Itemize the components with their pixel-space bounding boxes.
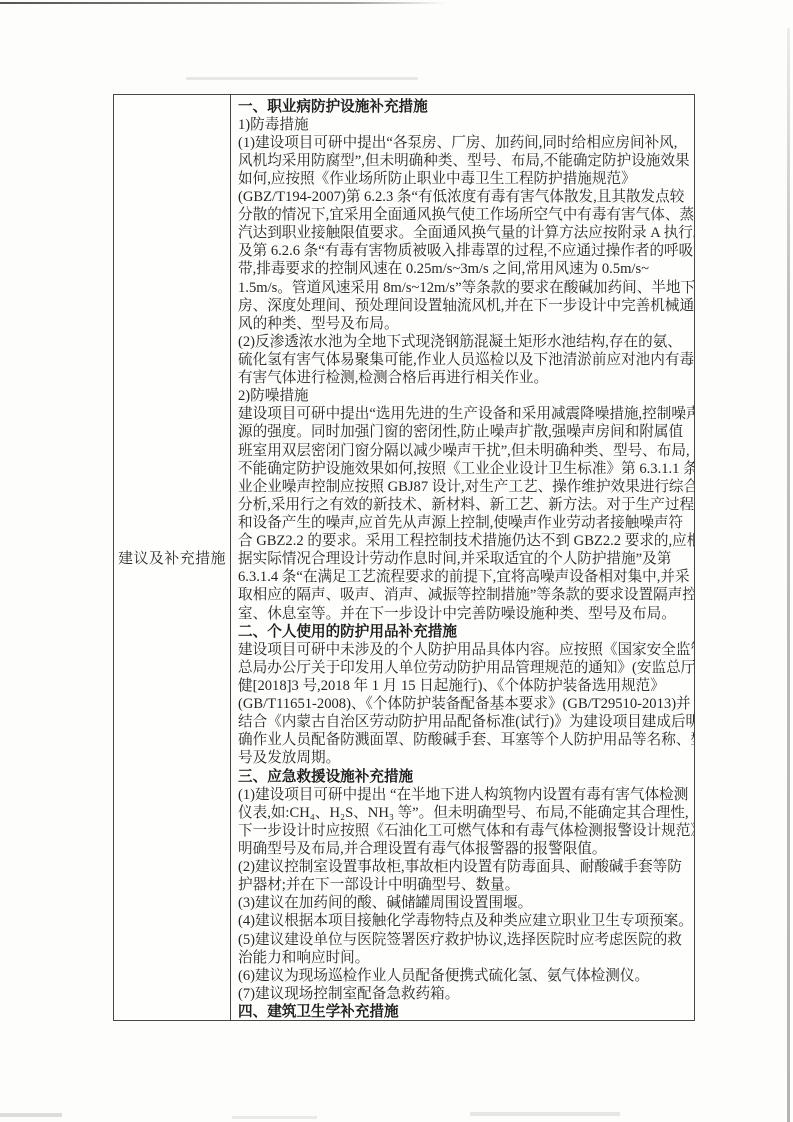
text-line: 健[2018]3 号,2018 年 1 月 15 日起施行)、《个体防护装备选用… bbox=[238, 677, 691, 695]
text-line: 护器材;并在下一部设计中明确型号、数量。 bbox=[238, 876, 691, 894]
text-line: 和设备产生的噪声,应首先从声源上控制,使噪声作业劳动者接触噪声符 bbox=[238, 514, 691, 532]
text-line: (2)建议控制室设置事故柜,事故柜内设置有防毒面具、耐酸碱手套等防 bbox=[238, 858, 691, 876]
text-line: (6)建议为现场巡检作业人员配备便携式硫化氢、氨气体检测仪。 bbox=[238, 967, 691, 985]
text-line: 建设项目可研中提出“选用先进的生产设备和采用减震降噪措施,控制噪声 bbox=[238, 405, 691, 423]
text-line: 1)防毒措施 bbox=[238, 116, 691, 134]
text-line: 结合《内蒙古自治区劳动防护用品配备标准(试行)》为建设项目建成后明 bbox=[238, 713, 691, 731]
text-line: (2)反渗透浓水池为全地下式现浇钢筋混凝土矩形水池结构,存在的氨、 bbox=[238, 333, 691, 351]
scan-artifact-smudge bbox=[0, 1113, 62, 1117]
text-line: 房、深度处理间、预处理间设置轴流风机,并在下一步设计中完善机械通 bbox=[238, 297, 691, 315]
text-line: 带,排毒要求的控制风速在 0.25m/s~3m/s 之间,常用风速为 0.5m/… bbox=[238, 260, 691, 278]
text-line: 治能力和响应时间。 bbox=[238, 949, 691, 967]
text-line: 风的种类、型号及布局。 bbox=[238, 315, 691, 333]
scan-artifact-page-edge bbox=[787, 28, 790, 1122]
text-line: (7)建议现场控制室配备急救药箱。 bbox=[238, 985, 691, 1003]
content-cell: 一、职业病防护设施补充措施1)防毒措施(1)建设项目可研中提出“各泵房、厂房、加… bbox=[231, 95, 694, 1020]
text-line: 及第 6.2.6 条“有毒有害物质被吸入排毒罩的过程,不应通过操作者的呼吸 bbox=[238, 242, 691, 260]
text-line: 汽达到职业接触限值要求。全面通风换气量的计算方法应按附录 A 执行。” bbox=[238, 224, 691, 242]
text-line: (3)建议在加药间的酸、碱储罐周围设置围堰。 bbox=[238, 894, 691, 912]
measures-table: 建议及补充措施 一、职业病防护设施补充措施1)防毒措施(1)建设项目可研中提出“… bbox=[113, 94, 695, 1021]
text-line: (5)建议建设单位与医院签署医疗救护协议,选择医院时应考虑医院的救 bbox=[238, 931, 691, 949]
text-line: 合 GBZ2.2 的要求。采用工程控制技术措施仍达不到 GBZ2.2 要求的,应… bbox=[238, 532, 691, 550]
text-line: 有害气体进行检测,检测合格后再进行相关作业。 bbox=[238, 369, 691, 387]
text-line: (4)建议根据本项目接触化学毒物特点及种类应建立职业卫生专项预案。 bbox=[238, 912, 691, 930]
text-line: 据实际情况合理设计劳动作息时间,并采取适宜的个人防护措施”及第 bbox=[238, 550, 691, 568]
text-line: 风机均采用防腐型”,但未明确种类、型号、布局,不能确定防护设施效果 bbox=[238, 152, 691, 170]
section-heading: 三、应急救援设施补充措施 bbox=[238, 768, 691, 786]
scan-artifact-smudge bbox=[232, 1116, 317, 1119]
text-line: 不能确定防护设施效果如何,按照《工业企业设计卫生标准》第 6.3.1.1 条“工 bbox=[238, 460, 691, 478]
text-line: 硫化氢有害气体易聚集可能,作业人员巡检以及下池清淤前应对池内有毒 bbox=[238, 351, 691, 369]
text-line: 1.5m/s。管道风速采用 8m/s~12m/s”等条款的要求在酸碱加药间、半地… bbox=[238, 279, 691, 297]
text-line: 业企业噪声控制应按照 GBJ87 设计,对生产工艺、操作维护效果进行综合 bbox=[238, 478, 691, 496]
text-line: (1)建设项目可研中提出 “在半地下进人构筑物内设置有毒有害气体检测 bbox=[238, 786, 691, 804]
text-line: 总局办公厅关于印发用人单位劳动防护用品管理规范的通知》(安监总厅安 bbox=[238, 659, 691, 677]
text-line: 如何,应按照《作业场所防止职业中毒卫生工程防护措施规范》 bbox=[238, 170, 691, 188]
text-line: 分析,采用行之有效的新技术、新材料、新工艺、新方法。对于生产过程 bbox=[238, 496, 691, 514]
text-line: 室、休息室等。并在下一步设计中完善防噪设施种类、型号及布局。 bbox=[238, 605, 691, 623]
scan-artifact-top-line bbox=[0, 2, 446, 4]
text-line: (1)建设项目可研中提出“各泵房、厂房、加药间,同时给相应房间补风, bbox=[238, 134, 691, 152]
text-line: 6.3.1.4 条“在满足工艺流程要求的前提下,宜将高噪声设备相对集中,并采 bbox=[238, 568, 691, 586]
section-heading: 四、建筑卫生学补充措施 bbox=[238, 1003, 691, 1020]
text-line: 明确型号及布局,并合理设置有毒气体报警器的报警限值。 bbox=[238, 840, 691, 858]
row-header-cell: 建议及补充措施 bbox=[114, 95, 231, 1020]
text-line: 分散的情况下,宜采用全面通风换气使工作场所空气中有毒有害气体、蒸 bbox=[238, 206, 691, 224]
text-line: (GB/T11651-2008)、《个体防护装备配备基本要求》(GB/T2951… bbox=[238, 695, 691, 713]
text-line: (GBZ/T194-2007)第 6.2.3 条“有低浓度有毒有害气体散发,且其… bbox=[238, 188, 691, 206]
scan-artifact-smudge bbox=[186, 77, 418, 80]
row-header-label: 建议及补充措施 bbox=[118, 547, 226, 568]
text-line: 班室用双层密闭门窗分隔以减少噪声干扰”,但未明确种类、型号、布局, bbox=[238, 442, 691, 460]
text-line: 号及发放周期。 bbox=[238, 749, 691, 767]
text-line: 下一步设计时应按照《石油化工可燃气体和有毒气体检测报警设计规范》 bbox=[238, 822, 691, 840]
scan-artifact-smudge bbox=[470, 1112, 620, 1116]
text-line: 源的强度。同时加强门窗的密闭性,防止噪声扩散,强噪声房间和附属值 bbox=[238, 423, 691, 441]
text-line: 仪表,如:CH₄、H₂S、NH₃ 等”。但未明确型号、布局,不能确定其合理性, bbox=[238, 804, 691, 822]
text-line: 2)防噪措施 bbox=[238, 387, 691, 405]
text-line: 建设项目可研中未涉及的个人防护用品具体内容。应按照《国家安全监管 bbox=[238, 641, 691, 659]
section-heading: 一、职业病防护设施补充措施 bbox=[238, 98, 691, 116]
section-heading: 二、个人使用的防护用品补充措施 bbox=[238, 623, 691, 641]
text-line: 取相应的隔声、吸声、消声、减振等控制措施”等条款的要求设置隔声控制 bbox=[238, 586, 691, 604]
text-line: 确作业人员配备防溅面罩、防酸碱手套、耳塞等个人防护用品等名称、型 bbox=[238, 731, 691, 749]
